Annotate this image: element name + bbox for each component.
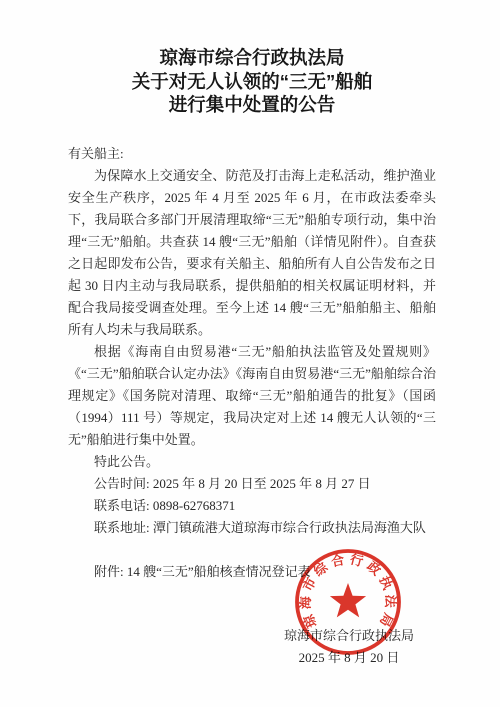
notice-page: 琼海市综合行政执法局 关于对无人认领的“三无”船舶 进行集中处置的公告 有关船主…: [0, 0, 500, 707]
salutation: 有关船主:: [68, 143, 436, 165]
signature-date: 2025 年 8 月 20 日: [284, 647, 414, 669]
notice-body: 有关船主: 为保障水上交通安全、防范及打击海上走私活动，维护渔业安全生产秩序，2…: [68, 143, 436, 669]
notice-period-line: 公告时间: 2025 年 8 月 20 日至 2025 年 8 月 27 日: [68, 473, 436, 495]
attachment-line: 附件: 14 艘“三无”船舶核查情况登记表: [68, 561, 436, 583]
notice-title: 琼海市综合行政执法局 关于对无人认领的“三无”船舶 进行集中处置的公告: [68, 46, 436, 117]
paragraph-action-summary: 为保障水上交通安全、防范及打击海上走私活动，维护渔业安全生产秩序，2025 年 …: [68, 165, 436, 341]
closing-line: 特此公告。: [68, 451, 436, 473]
contact-address-line: 联系地址: 潭门镇疏港大道琼海市综合行政执法局海渔大队: [68, 517, 436, 539]
title-line-3: 进行集中处置的公告: [68, 93, 436, 117]
signature-block: 琼海市综合行政执法局 2025 年 8 月 20 日: [284, 625, 414, 669]
title-line-2: 关于对无人认领的“三无”船舶: [68, 70, 436, 94]
contact-phone-line: 联系电话: 0898-62768371: [68, 495, 436, 517]
title-line-1: 琼海市综合行政执法局: [68, 46, 436, 70]
signature-org: 琼海市综合行政执法局: [284, 625, 414, 647]
paragraph-legal-basis: 根据《海南自由贸易港“三无”船舶执法监管及处置规则》《“三无”船舶联合认定办法》…: [68, 341, 436, 451]
